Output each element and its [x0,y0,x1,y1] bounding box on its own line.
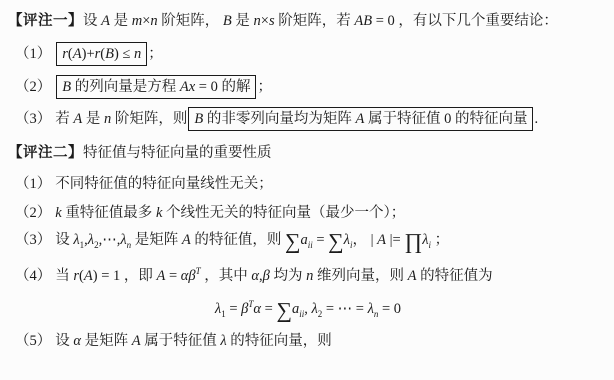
note2-item-5: （5）设 α 是矩阵 A 属于特征值 λ 的特征向量，则 [8,332,608,351]
note2-heading: 【评注二】 [8,145,83,161]
item-punctuation: . [534,111,538,127]
item-number: （3） [15,111,51,127]
eigenvalue-formula: λ1 = βTα = ∑aii, λ2 = ⋯ = λn = 0 [215,301,401,317]
item-number: （2） [15,205,51,221]
document-page: 【评注一】设 A 是 m×n 阶矩阵， B 是 n×s 阶矩阵，若 AB = 0… [0,0,614,351]
note1-heading: 【评注一】 [8,13,83,29]
boxed-statement-eigenvector-zero: B 的非零列向量均为矩阵 A 属于特征值 0 的特征向量 [188,107,533,131]
boxed-statement-column-solutions: B 的列向量是方程 Ax = 0 的解 [56,75,256,99]
item-pre-text: 若 A 是 n 阶矩阵，则 [55,111,187,127]
note2-title: 特征值与特征向量的重要性质 [83,145,272,161]
item-text: k 重特征值最多 k 个线性无关的特征向量（最少一个）； [55,205,405,221]
note2-item-4: （4）当 r(A) = 1 ，即 A = αβT ，其中 α,β 均为 n 维列… [8,267,608,286]
item-punctuation: ； [257,79,272,95]
item-number: （4） [15,268,51,284]
item-text: 设 α 是矩阵 A 属于特征值 λ 的特征向量，则 [55,333,332,349]
note2-heading-line: 【评注二】特征值与特征向量的重要性质 [8,144,608,163]
note1-item-2: （2）B 的列向量是方程 Ax = 0 的解； [8,75,608,99]
item-number: （1） [15,176,51,192]
note2-item-3: （3）设 λ1,λ2,⋯,λn 是矩阵 A 的特征值，则 ∑aii = ∑λi，… [8,231,608,250]
item-number: （3） [15,232,51,248]
item-punctuation: ； [148,46,163,62]
item-number: （1） [15,46,51,62]
note2-centered-formula: λ1 = βTα = ∑aii, λ2 = ⋯ = λn = 0 [8,300,608,319]
note1-item-1: （1）r(A)+r(B) ≤ n； [8,42,608,66]
note1-heading-line: 【评注一】设 A 是 m×n 阶矩阵， B 是 n×s 阶矩阵，若 AB = 0… [8,12,608,31]
item-text: 设 λ1,λ2,⋯,λn 是矩阵 A 的特征值，则 ∑aii = ∑λi， | … [55,232,449,248]
item-number: （5） [15,333,51,349]
item-number: （2） [15,79,51,95]
boxed-formula-rank-sum: r(A)+r(B) ≤ n [56,42,147,66]
note2-item-1: （1）不同特征值的特征向量线性无关； [8,175,608,194]
note1-item-3: （3）若 A 是 n 阶矩阵，则B 的非零列向量均为矩阵 A 属于特征值 0 的… [8,107,608,131]
item-text: 当 r(A) = 1 ，即 A = αβT ，其中 α,β 均为 n 维列向量，… [55,268,492,284]
item-text: 不同特征值的特征向量线性无关； [55,176,273,192]
note2-item-2: （2）k 重特征值最多 k 个线性无关的特征向量（最少一个）； [8,204,608,223]
note1-intro: 设 A 是 m×n 阶矩阵， B 是 n×s 阶矩阵，若 AB = 0 ，有以下… [83,13,558,29]
